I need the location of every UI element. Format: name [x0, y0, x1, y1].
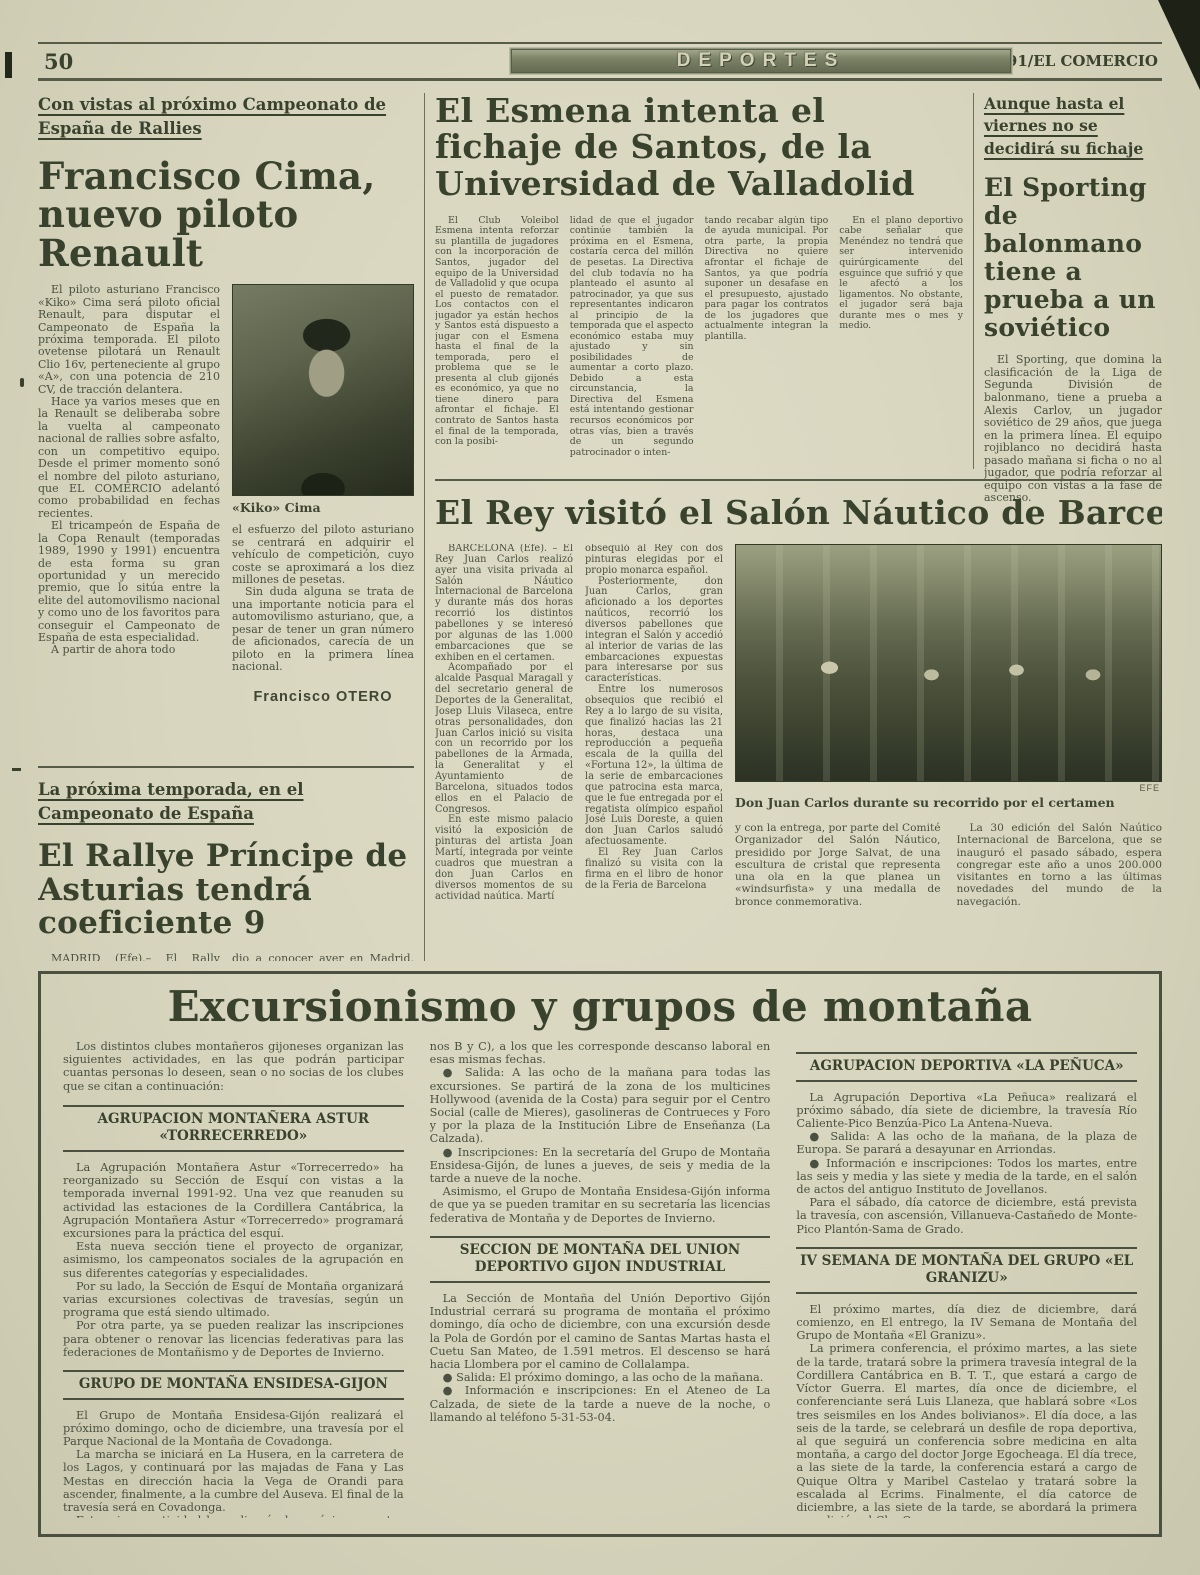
rey-column-1: BARCELONA (Efe). – El Rey Juan Carlos re…	[435, 544, 573, 948]
section-title: DEPORTES	[677, 50, 846, 72]
cima-column-2: «Kiko» Cima el esfuerzo del piloto astur…	[232, 284, 414, 754]
ensidesa-continuation-text: nos B y C), a los que les corresponde de…	[430, 1040, 771, 1225]
article-esmena-santos: El Esmena intenta el fichaje de Santos, …	[435, 93, 963, 469]
excursionismo-column-1: Los distintos clubes montañeros gijonese…	[63, 1040, 404, 1518]
esmena-column-2: lidad de que el jugador continúe también…	[570, 216, 694, 504]
rey-headline: El Rey visitó el Salón Náutico de Barcel…	[435, 493, 1162, 532]
article-francisco-cima: Con vistas al próximo Campeonato de Espa…	[38, 93, 414, 754]
ensidesa-text: El Grupo de Montaña Ensidesa-Gijón reali…	[63, 1409, 404, 1519]
excursionismo-column-3: AGRUPACION DEPORTIVA «LA PEÑUCA» La Agru…	[796, 1040, 1137, 1518]
page-header: 50 DEPORTES 4 diciembre 91/EL COMERCIO	[38, 42, 1162, 81]
scan-speck	[20, 378, 24, 387]
esmena-headline: El Esmena intenta el fichaje de Santos, …	[435, 93, 963, 202]
scan-edge-artifact	[5, 52, 12, 78]
section-head-la-penuca: AGRUPACION DEPORTIVA «LA PEÑUCA»	[796, 1052, 1137, 1082]
esmena-column-3: tando recabar algún tipo de ayuda munici…	[705, 216, 829, 504]
rey-photo-caption: Don Juan Carlos durante su recorrido por…	[735, 795, 1162, 810]
rey-photo-region: EFE Don Juan Carlos durante su recorrido…	[735, 544, 1162, 948]
el-granizu-text: El próximo martes, día diez de diciembre…	[796, 1303, 1137, 1518]
article-rey-salon-nautico: El Rey visitó el Salón Náutico de Barcel…	[435, 481, 1162, 961]
article-sporting-balonmano: Aunque hasta el viernes no se decidirá s…	[984, 93, 1162, 469]
rey-column-2: obsequió al Rey con dos pinturas elegida…	[585, 544, 723, 948]
top-articles-region: Con vistas al próximo Campeonato de Espa…	[38, 93, 1162, 961]
rey-column-3: y con la entrega, por parte del Comité O…	[735, 822, 941, 948]
cima-column-1: El piloto asturiano Francisco «Kiko» Cim…	[38, 284, 220, 754]
sporting-kicker: Aunque hasta el viernes no se decidirá s…	[984, 93, 1162, 160]
left-column-region: Con vistas al próximo Campeonato de Espa…	[38, 93, 414, 961]
cima-kicker: Con vistas al próximo Campeonato de Espa…	[38, 93, 414, 141]
esmena-sporting-row: El Esmena intenta el fichaje de Santos, …	[435, 93, 1162, 481]
excursionismo-title: Excursionismo y grupos de montaña	[63, 986, 1137, 1028]
section-banner: DEPORTES	[510, 48, 1012, 74]
rallye-column-1: MADRID (Efe).– El Rally Principe de Astu…	[38, 953, 220, 962]
excursionismo-column-2: nos B y C), a los que les corresponde de…	[430, 1040, 771, 1518]
newspaper-page: 50 DEPORTES 4 diciembre 91/EL COMERCIO C…	[0, 0, 1200, 1575]
rey-column-4: La 30 edición del Salón Naútico Internac…	[957, 822, 1163, 948]
rey-sub-columns: y con la entrega, por parte del Comité O…	[735, 822, 1162, 948]
article-rallye-principe: La próxima temporada, en el Campeonato d…	[38, 766, 414, 961]
scan-speck	[12, 768, 21, 771]
gijon-industrial-text: La Sección de Montaña del Unión Deportiv…	[430, 1292, 771, 1424]
juan-carlos-photo	[735, 544, 1162, 782]
cima-headline: Francisco Cima, nuevo piloto Renault	[38, 157, 414, 272]
torrecerredo-text: La Agrupación Montañera Astur «Torrecerr…	[63, 1161, 404, 1359]
esmena-columns: El Club Voleibol Esmena intenta reforzar…	[435, 216, 963, 504]
excursionismo-columns: Los distintos clubes montañeros gijonese…	[63, 1040, 1137, 1518]
column-divider	[973, 93, 974, 469]
right-articles-region: El Esmena intenta el fichaje de Santos, …	[435, 93, 1162, 961]
kiko-cima-photo	[232, 284, 414, 496]
section-head-ensidesa: GRUPO DE MONTAÑA ENSIDESA-GIJON	[63, 1370, 404, 1400]
sporting-headline: El Sporting de balonmano tiene a prueba …	[984, 174, 1162, 342]
cima-column-2-text: el esfuerzo del piloto asturiano se cent…	[232, 524, 414, 673]
rallye-kicker: La próxima temporada, en el Campeonato d…	[38, 778, 414, 826]
rey-body: BARCELONA (Efe). – El Rey Juan Carlos re…	[435, 544, 1162, 948]
cima-columns: El piloto asturiano Francisco «Kiko» Cim…	[38, 284, 414, 754]
rallye-headline: El Rallye Príncipe de Asturias tendrá co…	[38, 840, 414, 940]
rallye-columns: MADRID (Efe).– El Rally Principe de Astu…	[38, 953, 414, 962]
section-head-gijon-industrial: SECCION DE MONTAÑA DEL UNION DEPORTIVO G…	[430, 1236, 771, 1283]
esmena-column-4: En el plano deportivo cabe señalar que M…	[839, 216, 963, 504]
la-penuca-text: La Agrupación Deportiva «La Peñuca» real…	[796, 1091, 1137, 1236]
scan-corner-artifact	[1158, 0, 1200, 90]
column-divider	[424, 93, 425, 961]
page-number: 50	[38, 49, 73, 74]
excursionismo-box: Excursionismo y grupos de montaña Los di…	[38, 971, 1162, 1537]
excursionismo-intro: Los distintos clubes montañeros gijonese…	[63, 1040, 404, 1093]
kiko-photo-caption: «Kiko» Cima	[232, 501, 414, 515]
cima-byline: Francisco OTERO	[232, 689, 414, 705]
rallye-column-2: dio a conocer ayer en Madrid. Otra de la…	[232, 953, 414, 962]
esmena-column-1: El Club Voleibol Esmena intenta reforzar…	[435, 216, 559, 504]
section-head-el-granizu: IV SEMANA DE MONTAÑA DEL GRUPO «EL GRANI…	[796, 1247, 1137, 1294]
section-head-torrecerredo: AGRUPACION MONTAÑERA ASTUR «TORRECERREDO…	[63, 1105, 404, 1152]
photo-credit: EFE	[735, 783, 1160, 793]
